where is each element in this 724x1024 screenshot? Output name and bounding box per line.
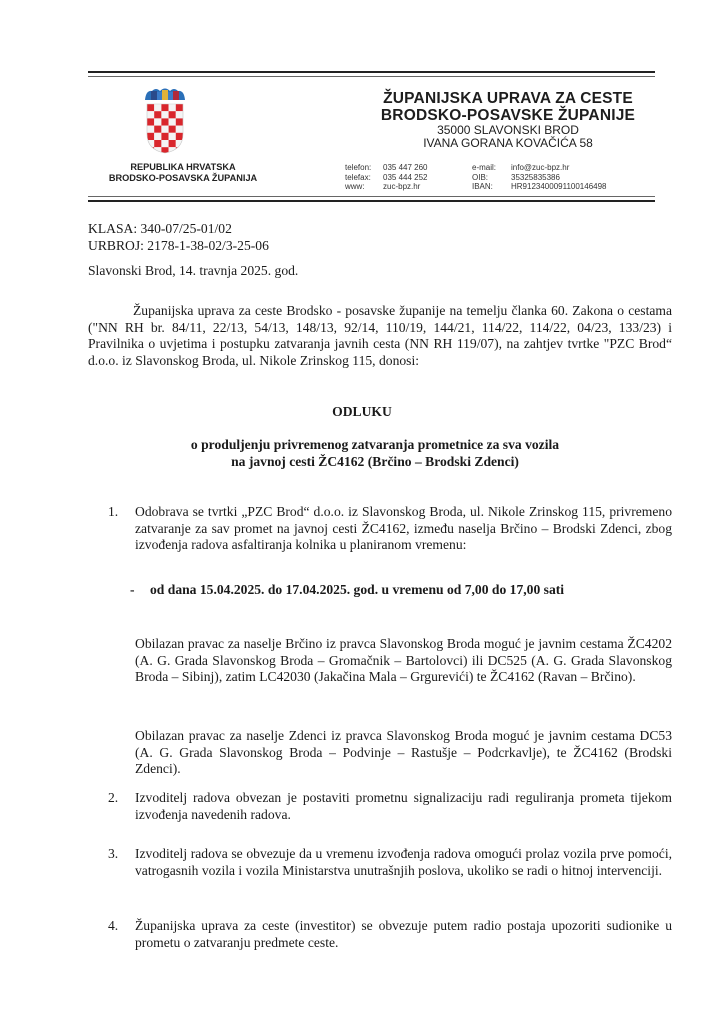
iban-label: IBAN:	[472, 182, 496, 192]
issuer-region: REPUBLIKA HRVATSKA BRODSKO-POSAVSKA ŽUPA…	[88, 162, 278, 184]
closure-period: -od dana 15.04.2025. do 17.04.2025. god.…	[130, 582, 564, 598]
oib-label: OIB:	[472, 173, 496, 183]
iban-value: HR9123400091100146498	[511, 182, 607, 192]
organization-street: IVANA GORANA KOVAČIĆA 58	[348, 137, 668, 150]
web-label: www:	[345, 182, 371, 192]
email-value[interactable]: info@zuc-bpz.hr	[511, 163, 607, 173]
oib-value: 35325835386	[511, 173, 607, 183]
county-name: BRODSKO-POSAVSKA ŽUPANIJA	[88, 173, 278, 184]
detour-zdenci: Obilazan pravac za naselje Zdenci iz pra…	[135, 728, 672, 778]
phone-label: telefon:	[345, 163, 371, 173]
item-number: 2.	[108, 790, 118, 807]
letterhead-bottom-rule	[88, 196, 655, 202]
closure-period-text: od dana 15.04.2025. do 17.04.2025. god. …	[150, 582, 564, 597]
country-name: REPUBLIKA HRVATSKA	[88, 162, 278, 173]
urbroj: URBROJ: 2178-1-38-02/3-25-06	[88, 238, 269, 255]
decision-title: ODLUKU	[0, 404, 724, 421]
organization-name-line1: ŽUPANIJSKA UPRAVA ZA CESTE	[348, 90, 668, 107]
fax-value: 035 444 252	[383, 173, 428, 183]
decision-item-2: 2. Izvoditelj radova obvezan je postavit…	[108, 790, 672, 823]
contact-labels-a: telefon: telefax: www:	[345, 163, 371, 192]
item-number: 4.	[108, 918, 118, 935]
item-number: 3.	[108, 846, 118, 863]
email-label: e-mail:	[472, 163, 496, 173]
letterhead-top-rule	[88, 71, 655, 77]
intro-text: Županijska uprava za ceste Brodsko - pos…	[88, 303, 672, 368]
decision-subtitle-line1: o produljenju privremenog zatvaranja pro…	[130, 436, 620, 453]
organization-name-line2: BRODSKO-POSAVSKE ŽUPANIJE	[348, 107, 668, 124]
contact-values-b: info@zuc-bpz.hr 35325835386 HR9123400091…	[511, 163, 607, 192]
place-and-date: Slavonski Brod, 14. travnja 2025. god.	[88, 263, 298, 280]
item-text: Županijska uprava za ceste (investitor) …	[135, 918, 672, 951]
item-text: Izvoditelj radova obvezan je postaviti p…	[135, 790, 672, 823]
decision-item-3: 3. Izvoditelj radova se obvezuje da u vr…	[108, 846, 672, 879]
croatian-coat-of-arms-icon	[142, 86, 188, 154]
item-text: Odobrava se tvrtki „PZC Brod“ d.o.o. iz …	[135, 504, 672, 554]
fax-label: telefax:	[345, 173, 371, 183]
contact-labels-b: e-mail: OIB: IBAN:	[472, 163, 496, 192]
item-text: Izvoditelj radova se obvezuje da u vreme…	[135, 846, 672, 879]
intro-paragraph: Županijska uprava za ceste Brodsko - pos…	[88, 303, 672, 369]
contact-values-a: 035 447 260 035 444 252 zuc-bpz.hr	[383, 163, 428, 192]
klasa: KLASA: 340-07/25-01/02	[88, 221, 269, 238]
reference-block: KLASA: 340-07/25-01/02 URBROJ: 2178-1-38…	[88, 221, 269, 254]
detour-brcino: Obilazan pravac za naselje Brčino iz pra…	[135, 636, 672, 686]
item-number: 1.	[108, 504, 118, 521]
decision-subtitle-line2: na javnoj cesti ŽC4162 (Brčino – Brodski…	[130, 453, 620, 470]
phone-value: 035 447 260	[383, 163, 428, 173]
web-value[interactable]: zuc-bpz.hr	[383, 182, 428, 192]
bullet-dash: -	[130, 582, 150, 598]
decision-item-4: 4. Županijska uprava za ceste (investito…	[108, 918, 672, 951]
decision-item-1: 1. Odobrava se tvrtki „PZC Brod“ d.o.o. …	[108, 504, 672, 554]
decision-subtitle: o produljenju privremenog zatvaranja pro…	[130, 436, 620, 470]
organization-header: ŽUPANIJSKA UPRAVA ZA CESTE BRODSKO-POSAV…	[348, 90, 668, 150]
